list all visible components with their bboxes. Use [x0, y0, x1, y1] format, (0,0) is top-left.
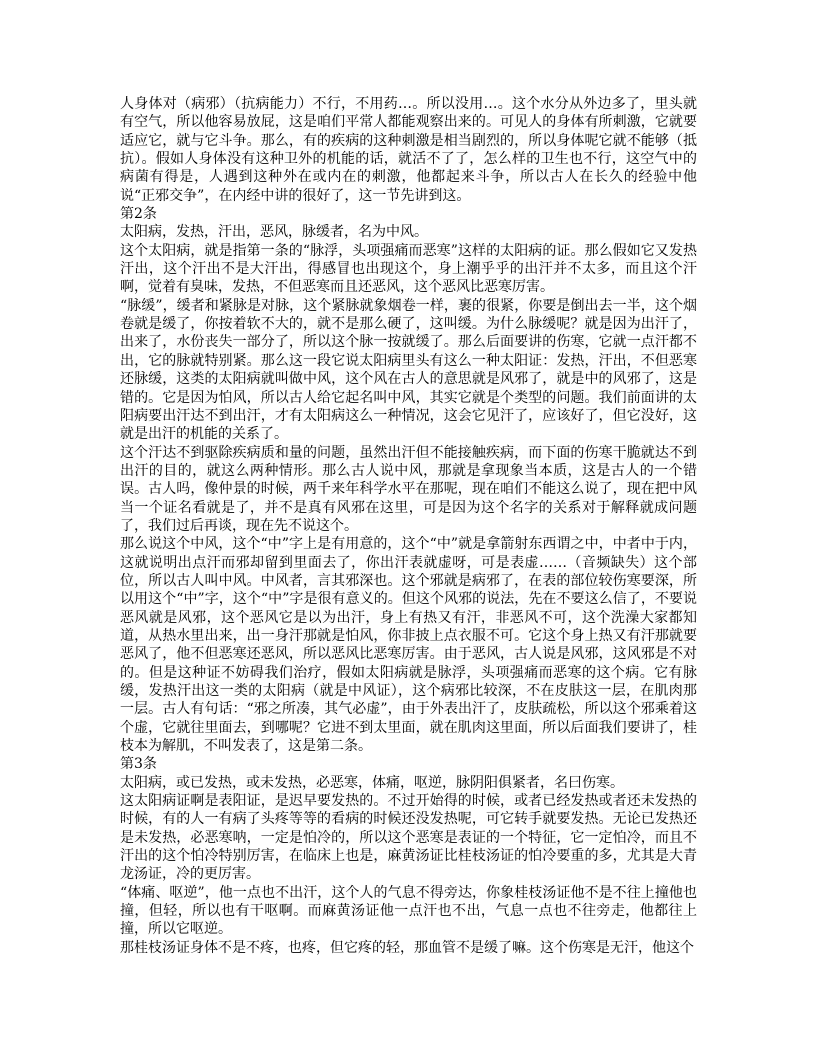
document-page: 人身体对（病邪）（抗病能力）不行，不用药…。所以没用…。这个水分从外边多了，里头…: [0, 0, 816, 1056]
paragraph: 人身体对（病邪）（抗病能力）不行，不用药…。所以没用…。这个水分从外边多了，里头…: [120, 95, 697, 205]
canonical-text: 太阳病，发热，汗出，恶风，脉缓者，名为中风。: [120, 223, 697, 241]
paragraph: 这太阳病证啊是表阳证，是迟早要发热的。不过开始得的时候，或者已经发热或者还未发热…: [120, 792, 697, 884]
document-body: 人身体对（病邪）（抗病能力）不行，不用药…。所以没用…。这个水分从外边多了，里头…: [120, 95, 697, 957]
paragraph: 这个汗达不到驱除疾病质和量的问题，虽然出汗但不能接触疾病，而下面的伤寒干脆就达不…: [120, 444, 697, 536]
paragraph: 这个太阳病，就是指第一条的“脉浮，头项强痛而恶寒”这样的太阳病的证。那么假如它又…: [120, 242, 697, 297]
paragraph: 那么说这个中风，这个“中”字上是有用意的，这个“中”就是拿箭射东西谓之中，中者中…: [120, 535, 697, 755]
canonical-text: 太阳病，或已发热，或未发热，必恶寒，体痛，呕逆，脉阴阳俱紧者，名曰伤寒。: [120, 774, 697, 792]
paragraph: “体痛、呕逆”，他一点也不出汗，这个人的气息不得旁达，你象桂枝汤证他不是不往上撞…: [120, 884, 697, 939]
section-heading: 第2条: [120, 205, 697, 223]
section-heading: 第3条: [120, 755, 697, 773]
paragraph: “脉缓”，缓者和紧脉是对脉，这个紧脉就象烟卷一样，裹的很紧，你要是倒出去一半，这…: [120, 297, 697, 444]
paragraph: 那桂枝汤证身体不是不疼，也疼，但它疼的轻，那血管不是缓了嘛。这个伤寒是无汗，他这…: [120, 939, 697, 957]
